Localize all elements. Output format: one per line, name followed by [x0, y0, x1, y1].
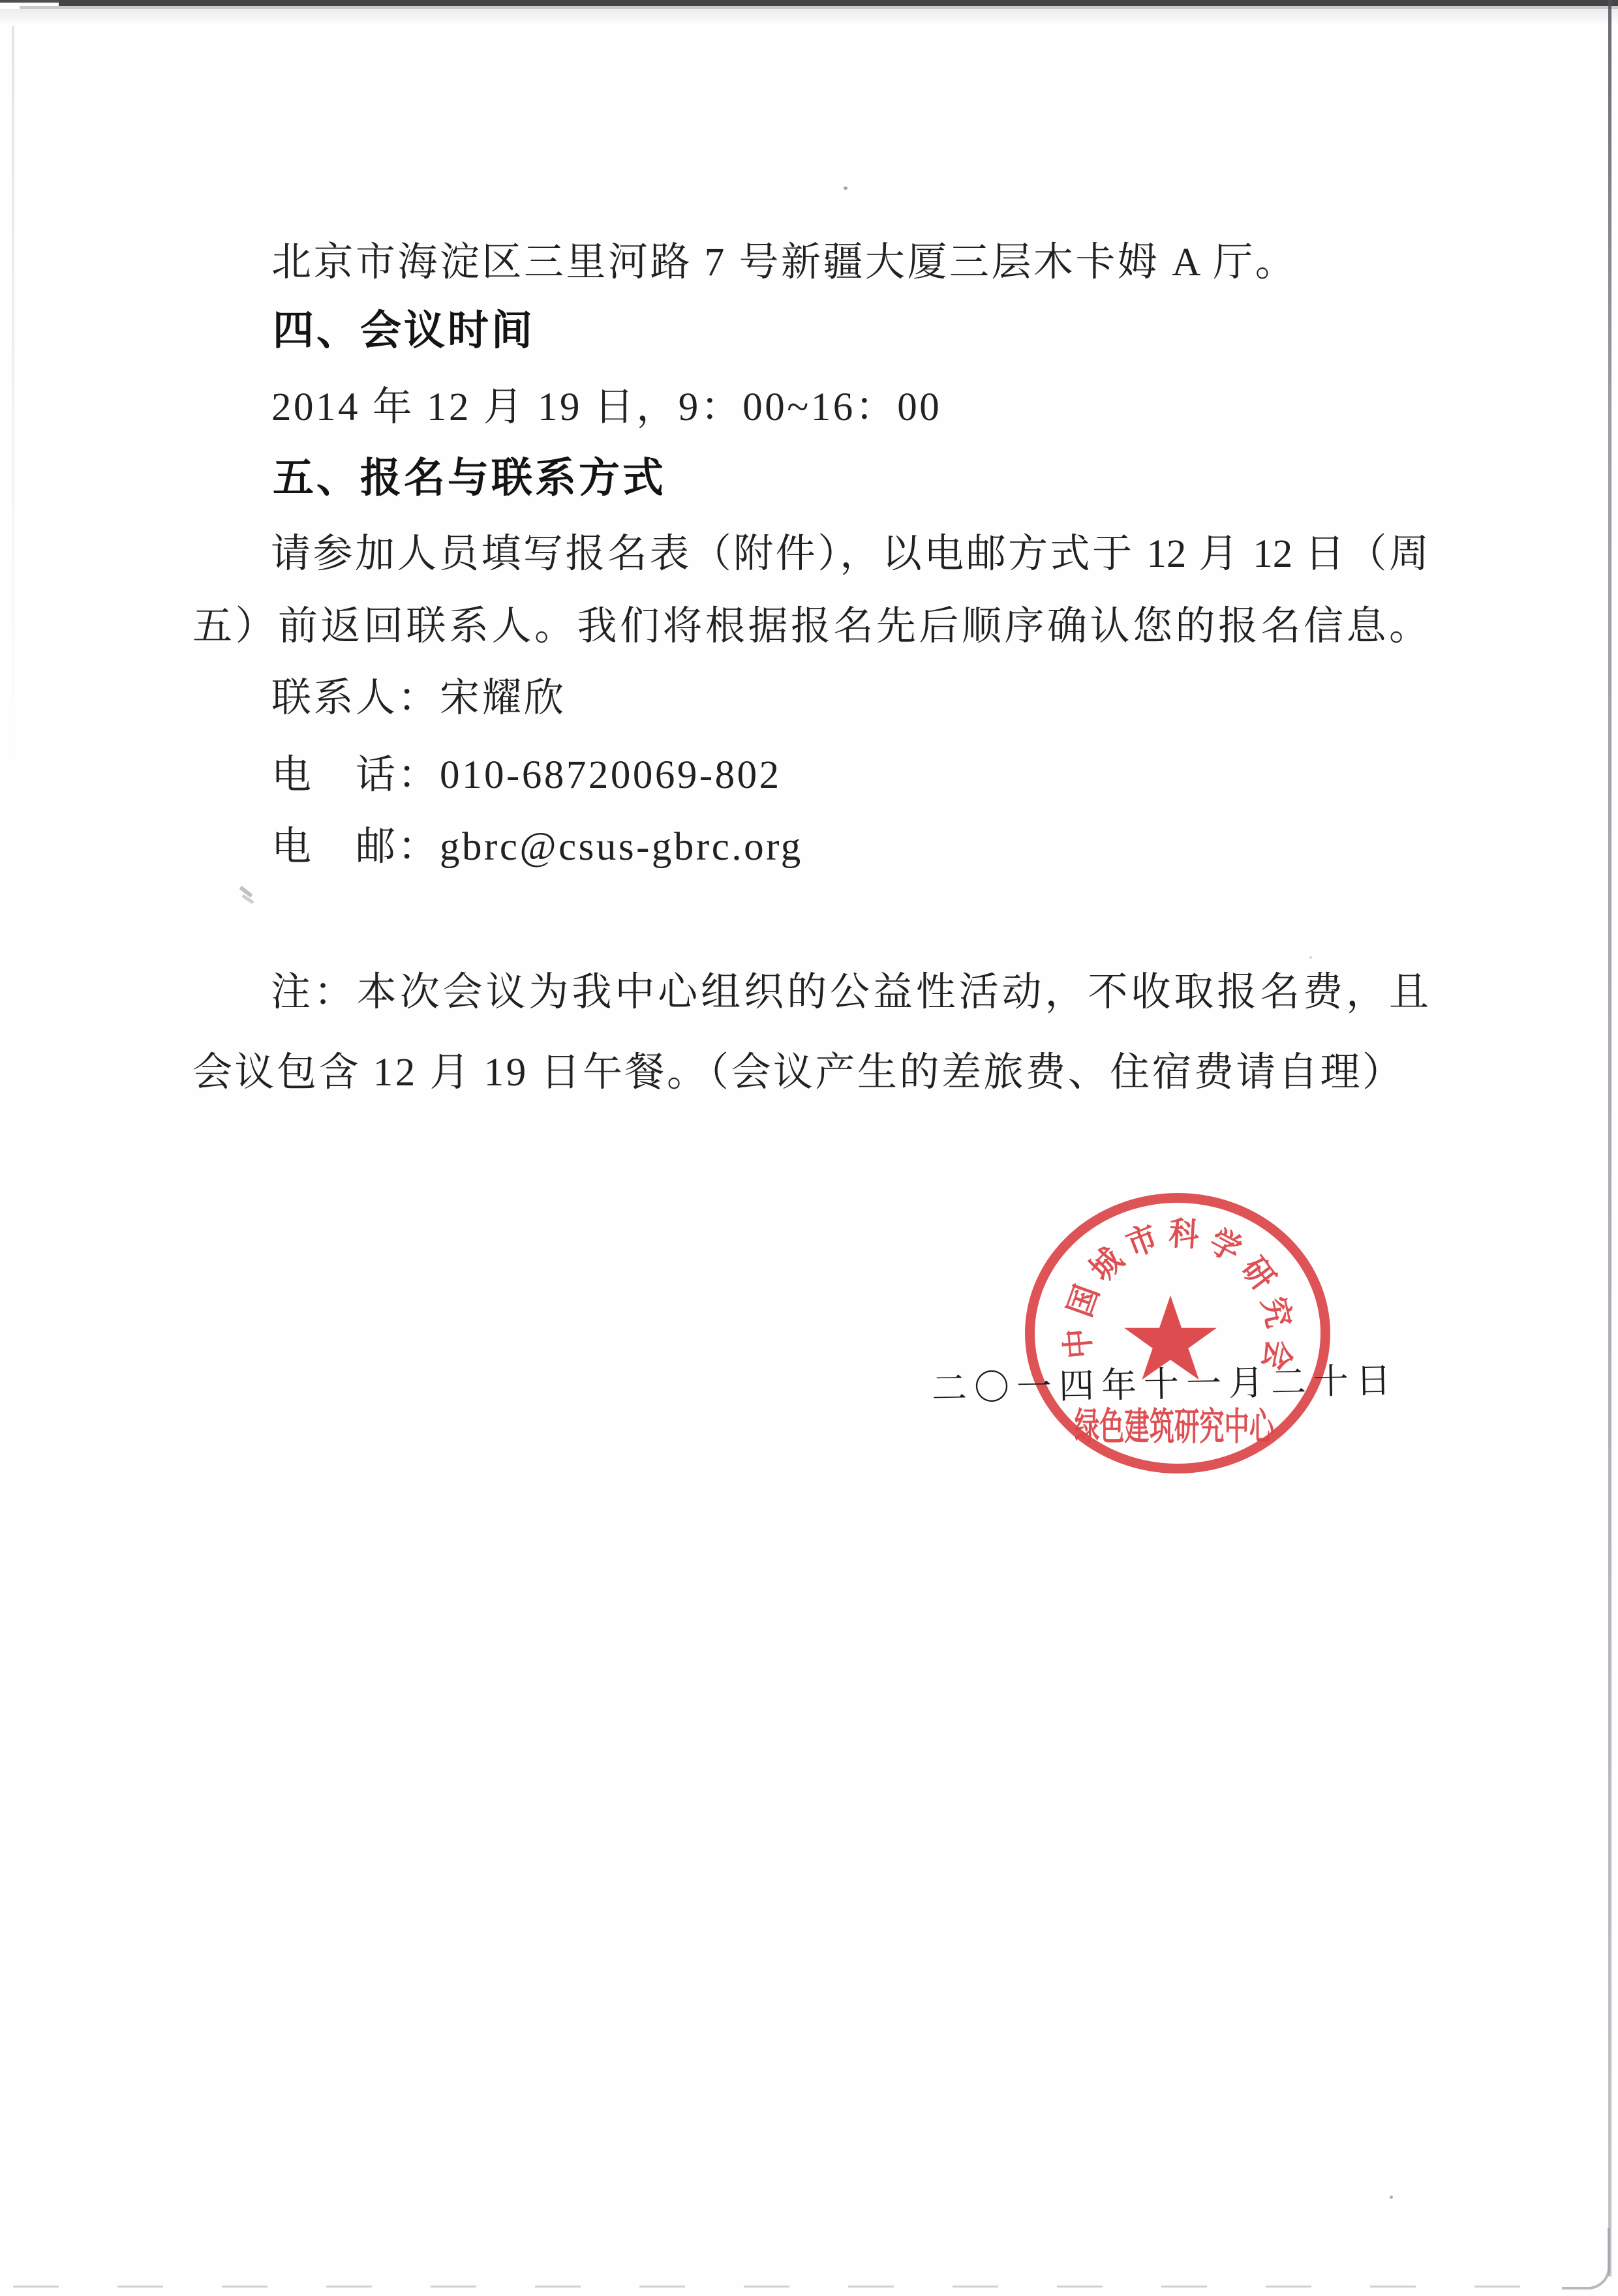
scan-smudge: [236, 886, 258, 909]
scan-top-fade: [0, 9, 1618, 26]
scan-right-edge: [1608, 0, 1611, 2276]
stamp-arc-char: 科: [1165, 1211, 1204, 1252]
scan-corner-bottom-right: [1562, 2228, 1610, 2289]
scan-speck: [844, 187, 847, 190]
address-line: 北京市海淀区三里河路 7 号新疆大厦三层木卡姆 A 厅。: [271, 243, 1297, 282]
note-line1: 注：本次会议为我中心组织的公益性活动，不收取报名费，且: [192, 972, 1429, 1014]
scan-top-edge-line: [0, 0, 1618, 3]
contact-email-line: 电 邮：gbrc@csus-gbrc.org: [271, 827, 803, 867]
contact-phone-line: 电 话：010-68720069-802: [271, 755, 782, 795]
signature-date: 二〇一四年十一月二十日: [931, 1353, 1398, 1411]
scan-bottom-edge: [13, 2286, 1579, 2288]
section5-heading: 五、报名与联系方式: [273, 457, 666, 500]
scan-top-edge-shadow: [59, 0, 1618, 6]
scan-speck: [1390, 2196, 1393, 2199]
scan-left-edge: [12, 26, 14, 776]
meeting-time-line: 2014 年 12 月 19 日，9：00~16：00: [271, 387, 941, 427]
registration-paragraph-line1: 请参加人员填写报名表（附件），以电邮方式于 12 月 12 日（周: [192, 534, 1429, 575]
section4-heading: 四、会议时间: [273, 309, 535, 352]
registration-paragraph-line2: 五）前返回联系人。我们将根据报名先后顺序确认您的报名信息。: [192, 606, 1429, 648]
contact-name-line: 联系人：宋耀欣: [271, 678, 566, 718]
scan-speck: [1309, 956, 1312, 959]
scan-top-edge-gray: [20, 6, 1618, 9]
note-line2: 会议包含 12 月 19 日午餐。（会议产生的差旅费、住宿费请自理）: [192, 1053, 1405, 1093]
